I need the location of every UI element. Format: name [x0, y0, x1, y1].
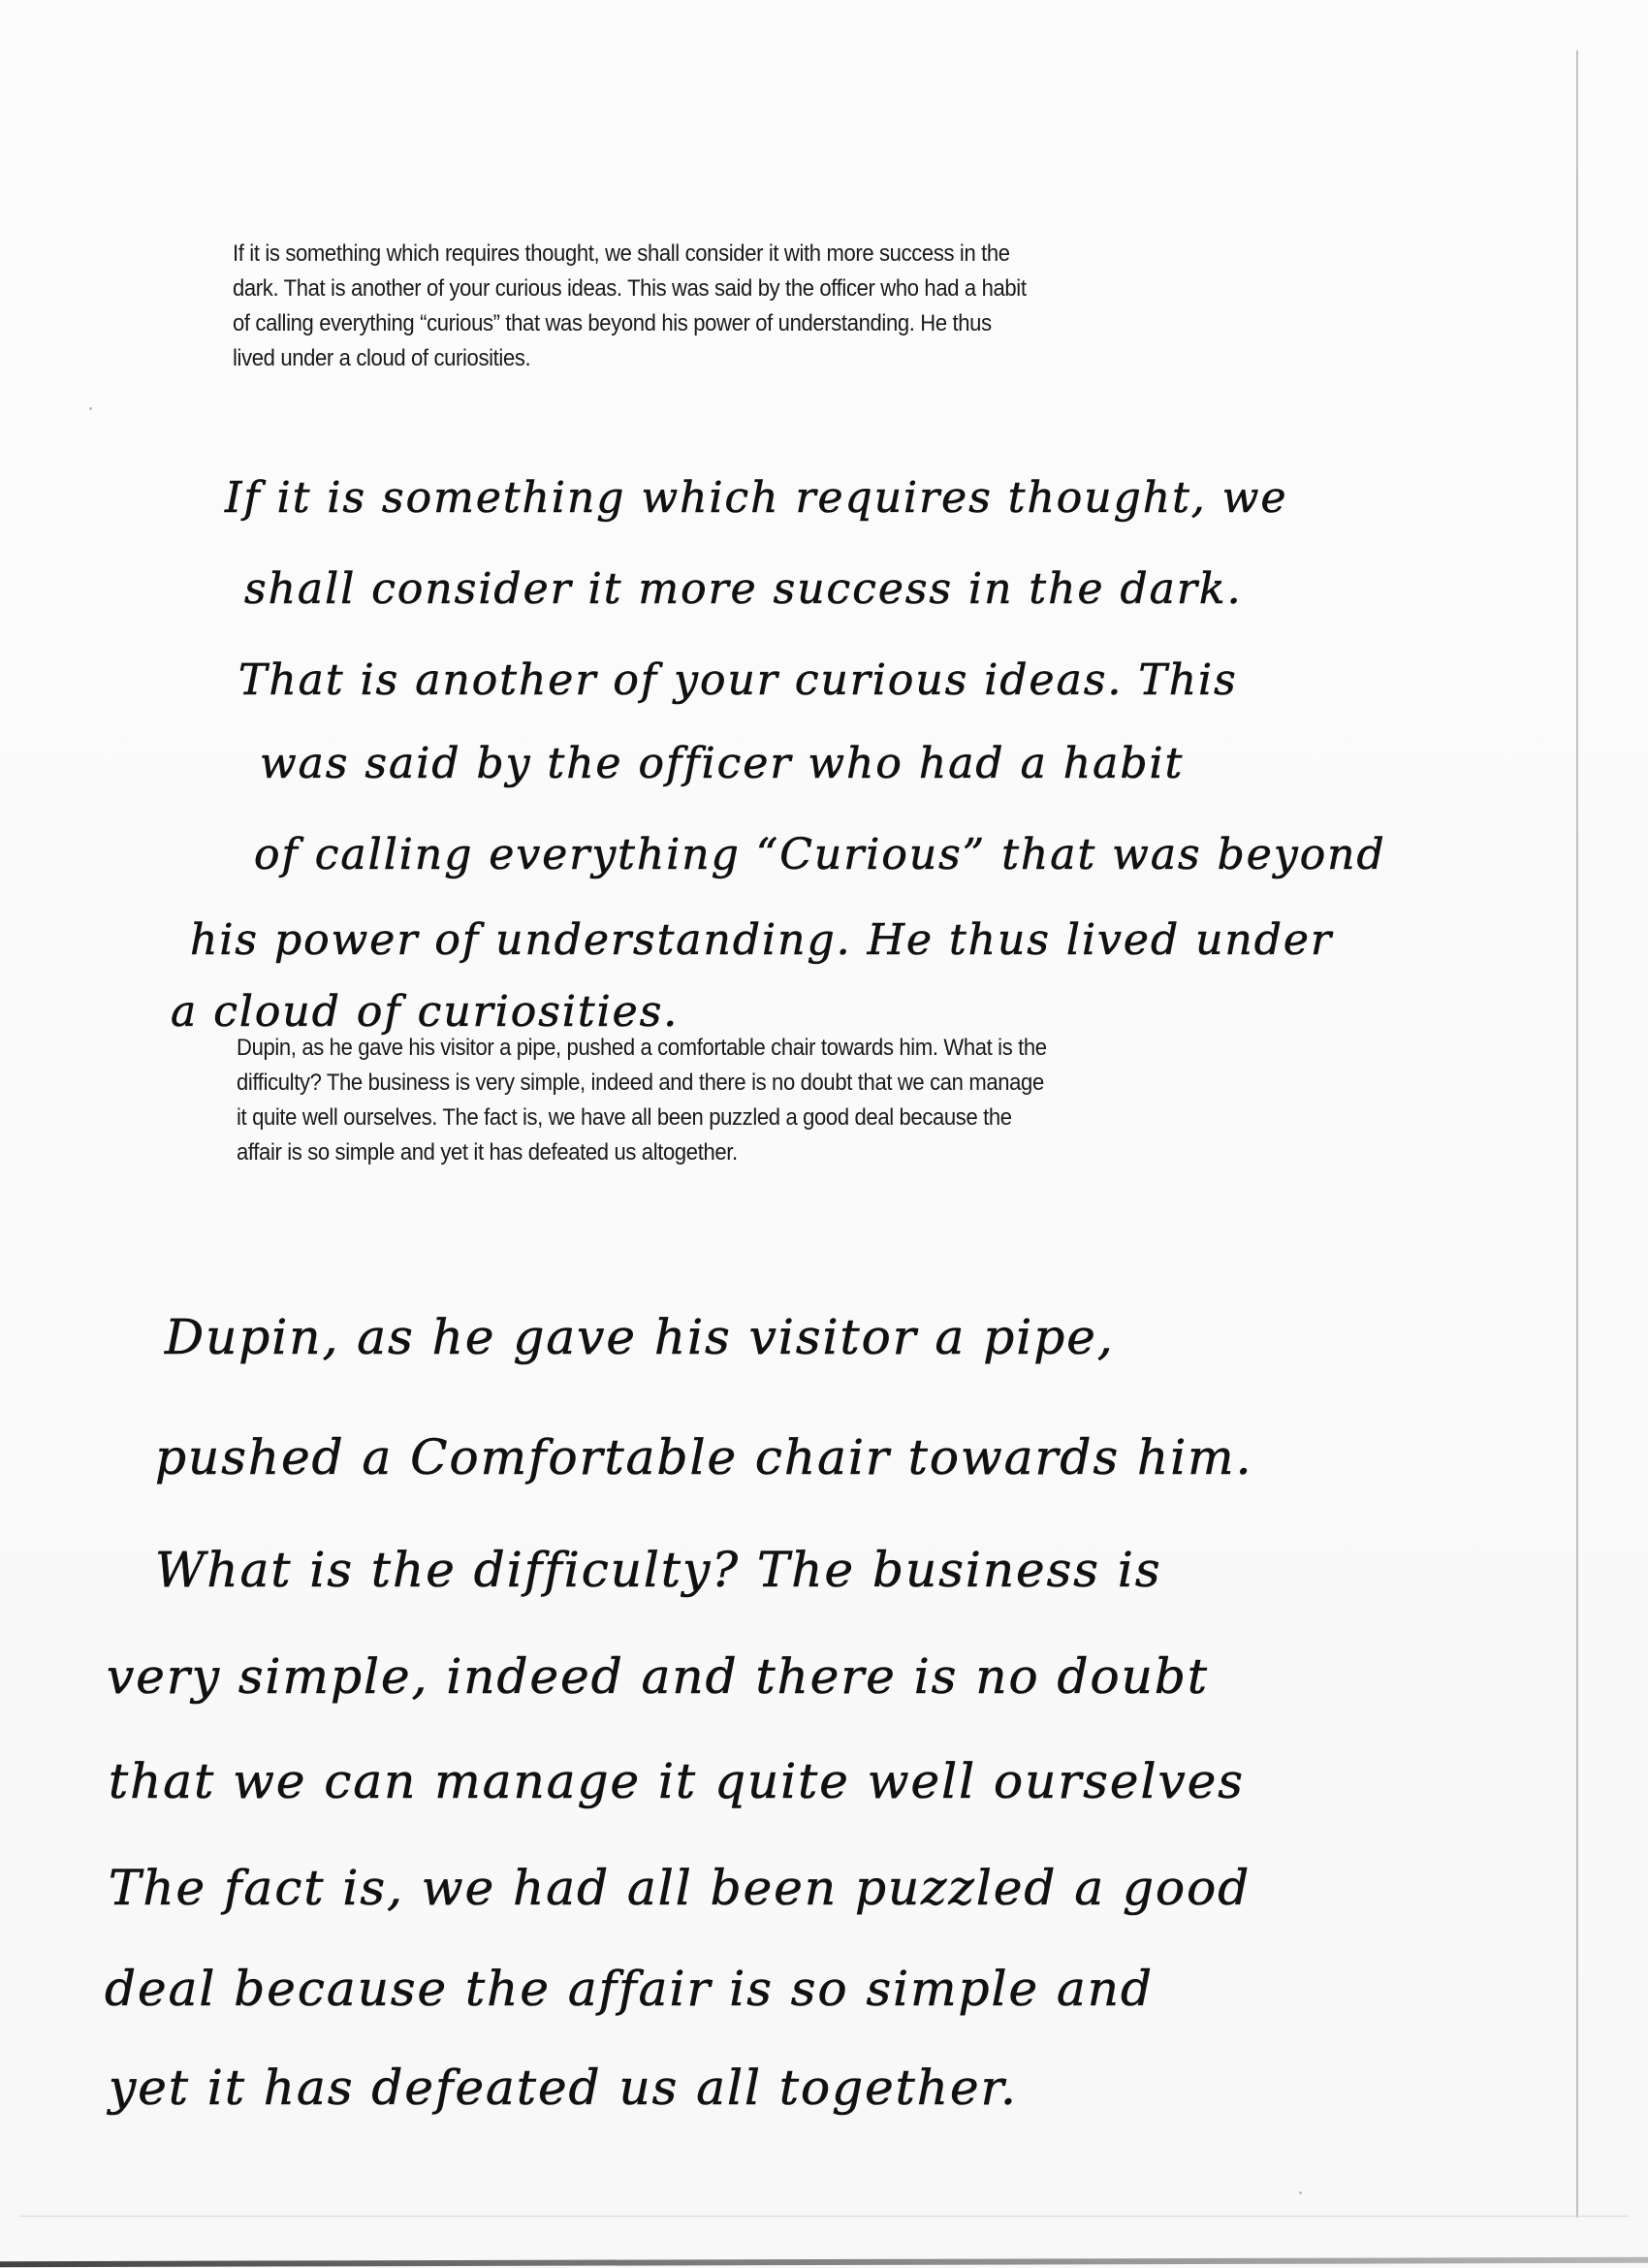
printed-line: If it is something which requires though… [233, 237, 1027, 272]
scan-border-line [19, 2216, 1629, 2217]
scan-speck [89, 407, 92, 410]
printed-line: of calling everything “curious” that was… [233, 306, 1027, 341]
handwritten-line: If it is something which requires though… [225, 473, 1287, 523]
printed-line: difficulty? The business is very simple,… [237, 1066, 1047, 1101]
handwritten-line: very simple, indeed and there is no doub… [107, 1648, 1209, 1705]
handwritten-line: deal because the affair is so simple and [105, 1961, 1154, 2017]
printed-paragraph-1: If it is something which requires though… [233, 237, 1027, 376]
page-edge-right [1576, 50, 1578, 2218]
handwritten-line: a cloud of curiosities. [171, 987, 679, 1037]
handwritten-line: of calling everything “Curious” that was… [254, 830, 1386, 879]
printed-line: it quite well ourselves. The fact is, we… [237, 1101, 1047, 1135]
printed-line: Dupin, as he gave his visitor a pipe, pu… [237, 1031, 1047, 1066]
handwritten-line: pushed a Comfortable chair towards him. [155, 1429, 1253, 1485]
handwritten-line: Dupin, as he gave his visitor a pipe, [165, 1309, 1115, 1365]
handwritten-line: was said by the officer who had a habit [260, 739, 1184, 788]
handwritten-line: That is another of your curious ideas. T… [238, 655, 1238, 705]
handwritten-line: The fact is, we had all been puzzled a g… [109, 1860, 1251, 1916]
printed-line: affair is so simple and yet it has defea… [237, 1135, 1047, 1170]
page-edge-bottom [0, 2257, 1648, 2267]
handwritten-line: yet it has defeated us all together. [109, 2060, 1018, 2116]
scanned-page: If it is something which requires though… [0, 0, 1648, 2268]
handwritten-line: his power of understanding. He thus live… [190, 915, 1333, 965]
scan-speck [1299, 2191, 1302, 2194]
printed-paragraph-2: Dupin, as he gave his visitor a pipe, pu… [237, 1031, 1047, 1170]
handwritten-line: that we can manage it quite well ourselv… [109, 1753, 1245, 1809]
printed-line: lived under a cloud of curiosities. [233, 341, 1027, 376]
handwritten-line: What is the difficulty? The business is [155, 1542, 1162, 1598]
handwritten-line: shall consider it more success in the da… [244, 564, 1243, 614]
printed-line: dark. That is another of your curious id… [233, 272, 1027, 306]
